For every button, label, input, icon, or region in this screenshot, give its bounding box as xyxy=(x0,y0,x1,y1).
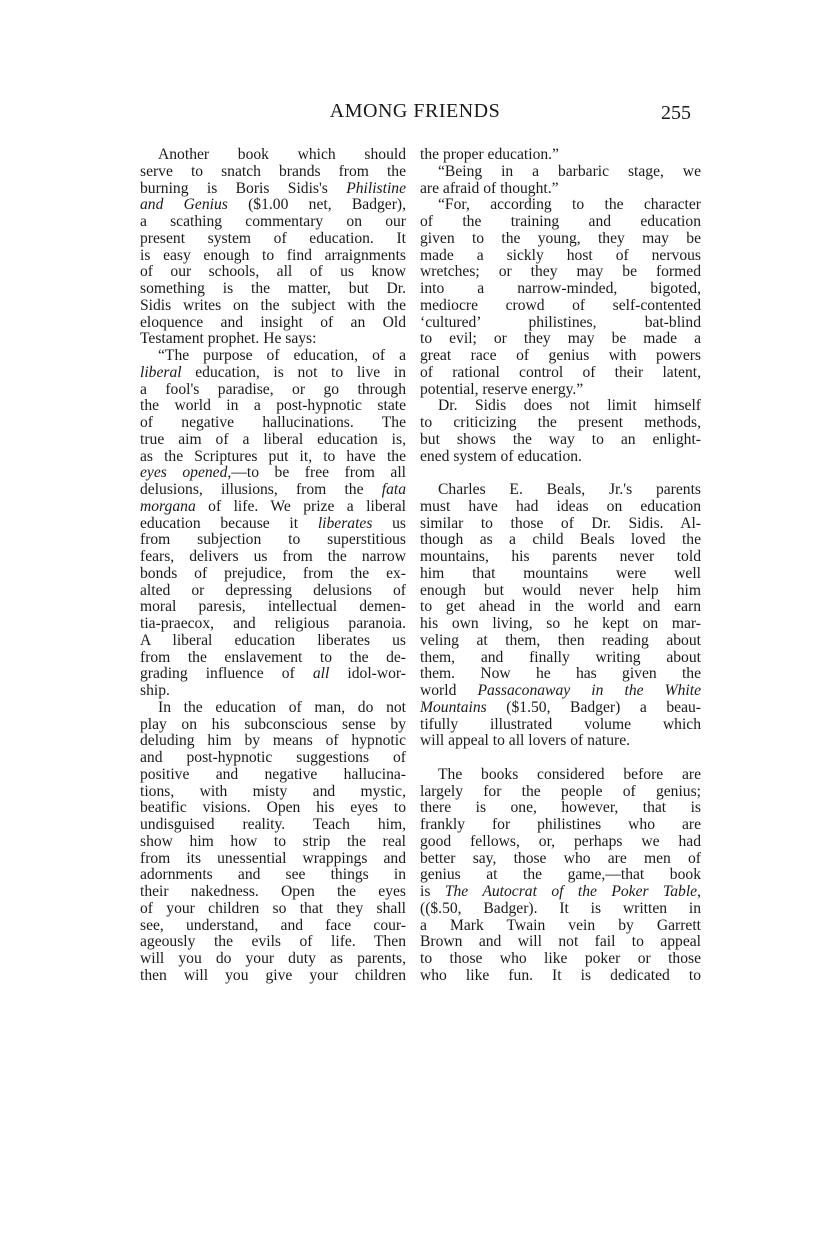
text-line: of rational control of their latent, xyxy=(420,365,701,382)
text-line: his own living, so he kept on mar- xyxy=(420,616,701,633)
text-run: to evil; or they may be made a xyxy=(420,330,701,347)
text-line: veling at them, then reading about xyxy=(420,633,701,650)
text-run: must have had ideas on education xyxy=(420,498,701,515)
page-number: 255 xyxy=(661,102,691,125)
text-line: from subjection to superstitious xyxy=(140,532,406,549)
text-line: ‘cultured’ philistines, bat-blind xyxy=(420,315,701,332)
text-line: “For, according to the character xyxy=(420,197,701,214)
text-run: them. Now he has given the xyxy=(420,665,701,682)
text-line: positive and negative hallucina- xyxy=(140,767,406,784)
text-run: world xyxy=(420,682,477,699)
text-run: a scathing commentary on our xyxy=(140,213,406,230)
text-line: “Being in a barbaric stage, we xyxy=(420,164,701,181)
text-line: good fellows, or, perhaps we had xyxy=(420,834,701,851)
text-line: delusions, illusions, from the fata xyxy=(140,482,406,499)
text-line: must have had ideas on education xyxy=(420,499,701,516)
text-line: who like fun. It is dedicated to xyxy=(420,968,701,985)
page-header: AMONG FRIENDS 255 xyxy=(0,100,830,132)
text-run: “For, according to the character xyxy=(438,196,701,213)
text-run: better say, those who are men of xyxy=(420,850,701,867)
text-run: grading influence of xyxy=(140,665,313,682)
text-run: potential, reserve energy.” xyxy=(420,381,583,398)
text-run: the world in a post-hypnotic state xyxy=(140,397,406,414)
text-run: “Being in a barbaric stage, we xyxy=(438,163,701,180)
paragraph-gap xyxy=(420,750,701,767)
text-run: great race of genius with powers xyxy=(420,347,701,364)
text-line: true aim of a liberal education is, xyxy=(140,432,406,449)
text-line: are afraid of thought.” xyxy=(420,181,701,198)
text-line: them. Now he has given the xyxy=(420,666,701,683)
text-run: to those who like poker or those xyxy=(420,950,701,967)
text-run: is xyxy=(420,883,445,900)
text-line: a scathing commentary on our xyxy=(140,214,406,231)
text-run: Sidis writes on the subject with the xyxy=(140,297,406,314)
text-line: them, and finally writing about xyxy=(420,650,701,667)
text-run: burning is Boris Sidis's xyxy=(140,180,346,197)
text-line: made a sickly host of nervous xyxy=(420,248,701,265)
text-run: bonds of prejudice, from the ex- xyxy=(140,565,406,582)
text-line: Another book which should xyxy=(140,147,406,164)
italic-title: and Genius xyxy=(140,196,228,213)
text-line: and Genius ($1.00 net, Badger), xyxy=(140,197,406,214)
text-run: is easy enough to find arraignments xyxy=(140,247,406,264)
text-line: something is the matter, but Dr. xyxy=(140,281,406,298)
text-run: undisguised reality. Teach him, xyxy=(140,816,406,833)
text-line: of the training and education xyxy=(420,214,701,231)
text-run: will you do your duty as parents, xyxy=(140,950,406,967)
text-line: In the education of man, do not xyxy=(140,700,406,717)
text-run: A liberal education liberates us xyxy=(140,632,406,649)
text-line: a Mark Twain vein by Garrett xyxy=(420,918,701,935)
italic-title: Mountains xyxy=(420,699,487,716)
text-line: better say, those who are men of xyxy=(420,851,701,868)
text-line: the proper education.” xyxy=(420,147,701,164)
text-run: Testament prophet. He says: xyxy=(140,330,316,347)
text-run: good fellows, or, perhaps we had xyxy=(420,833,701,850)
text-run: beatific visions. Open his eyes to xyxy=(140,799,406,816)
text-run: education, is not to live in xyxy=(182,364,406,381)
text-run: positive and negative hallucina- xyxy=(140,766,406,783)
text-run: made a sickly host of nervous xyxy=(420,247,701,264)
running-head: AMONG FRIENDS xyxy=(0,100,830,123)
text-run: of our schools, all of us know xyxy=(140,263,406,280)
text-line: Charles E. Beals, Jr.'s parents xyxy=(420,482,701,499)
text-run: true aim of a liberal education is, xyxy=(140,431,406,448)
text-line: though as a child Beals loved the xyxy=(420,532,701,549)
text-line: is easy enough to find arraignments xyxy=(140,248,406,265)
text-run: In the education of man, do not xyxy=(158,699,406,716)
text-line: The books considered before are xyxy=(420,767,701,784)
text-run: the proper education.” xyxy=(420,146,559,163)
text-line: Testament prophet. He says: xyxy=(140,331,406,348)
right-column: the proper education.”“Being in a barbar… xyxy=(420,147,701,985)
text-run: us xyxy=(372,515,406,532)
text-run: as the Scriptures put it, to have the xyxy=(140,448,406,465)
text-run: but shows the way to an enlight- xyxy=(420,431,701,448)
text-line: ageously the evils of life. Then xyxy=(140,934,406,951)
text-line: to evil; or they may be made a xyxy=(420,331,701,348)
text-line: A liberal education liberates us xyxy=(140,633,406,650)
text-run: The books considered before are xyxy=(438,766,701,783)
text-run: present system of education. It xyxy=(140,230,406,247)
italic-title: The Autocrat of the Poker Table xyxy=(445,883,697,900)
text-line: fears, delivers us from the narrow xyxy=(140,549,406,566)
text-line: great race of genius with powers xyxy=(420,348,701,365)
text-line: from the enslavement to the de- xyxy=(140,650,406,667)
text-run: similar to those of Dr. Sidis. Al- xyxy=(420,515,701,532)
text-line: Brown and will not fail to appeal xyxy=(420,934,701,951)
text-run: “The purpose of education, of a xyxy=(158,347,406,364)
text-run: and post-hypnotic suggestions of xyxy=(140,749,406,766)
text-run: Charles E. Beals, Jr.'s parents xyxy=(438,481,701,498)
text-line: of your children so that they shall xyxy=(140,901,406,918)
text-line: to those who like poker or those xyxy=(420,951,701,968)
text-line: largely for the people of genius; xyxy=(420,784,701,801)
text-line: wretches; or they may be formed xyxy=(420,264,701,281)
text-run: adornments and see things in xyxy=(140,866,406,883)
text-run: deluding him by means of hypnotic xyxy=(140,732,406,749)
text-line: eloquence and insight of an Old xyxy=(140,315,406,332)
text-run: ship. xyxy=(140,682,170,699)
italic-title: liberal xyxy=(140,364,182,381)
text-line: a fool's paradise, or go through xyxy=(140,382,406,399)
text-line: morgana of life. We prize a liberal xyxy=(140,499,406,516)
text-line: (($.50, Badger). It is written in xyxy=(420,901,701,918)
text-run: Another book which should xyxy=(158,146,406,163)
text-line: Dr. Sidis does not limit himself xyxy=(420,398,701,415)
text-line: enough but would never help him xyxy=(420,583,701,600)
text-run: delusions, illusions, from the xyxy=(140,481,382,498)
text-run: Brown and will not fail to appeal xyxy=(420,933,701,950)
text-run: him that mountains were well xyxy=(420,565,701,582)
text-line: education because it liberates us xyxy=(140,516,406,533)
text-run: mountains, his parents never told xyxy=(420,548,701,565)
text-run: there is one, however, that is xyxy=(420,799,701,816)
text-run: of rational control of their latent, xyxy=(420,364,701,381)
text-run: ageously the evils of life. Then xyxy=(140,933,406,950)
italic-title: Passaconaway in the White xyxy=(477,682,701,699)
text-run: something is the matter, but Dr. xyxy=(140,280,406,297)
text-run: given to the young, they may be xyxy=(420,230,701,247)
text-line: adornments and see things in xyxy=(140,867,406,884)
text-line: of our schools, all of us know xyxy=(140,264,406,281)
text-run: alted or depressing delusions of xyxy=(140,582,406,599)
text-run: from the enslavement to the de- xyxy=(140,649,406,666)
text-run: play on his subconscious sense by xyxy=(140,716,406,733)
text-run: education because it xyxy=(140,515,318,532)
text-run: a Mark Twain vein by Garrett xyxy=(420,917,701,934)
italic-title: fata xyxy=(382,481,406,498)
text-run: to criticizing the present methods, xyxy=(420,414,701,431)
text-line: eyes opened,—to be free from all xyxy=(140,465,406,482)
text-run: tia-praecox, and religious paranoia. xyxy=(140,615,406,632)
text-run: of life. We prize a liberal xyxy=(196,498,406,515)
text-run: Dr. Sidis does not limit himself xyxy=(438,397,701,414)
text-line: genius at the game,—that book xyxy=(420,867,701,884)
text-run: idol-wor- xyxy=(329,665,406,682)
text-line: Sidis writes on the subject with the xyxy=(140,298,406,315)
text-line: their nakedness. Open the eyes xyxy=(140,884,406,901)
text-run: veling at them, then reading about xyxy=(420,632,701,649)
text-line: but shows the way to an enlight- xyxy=(420,432,701,449)
text-run: tifully illustrated volume which xyxy=(420,716,701,733)
text-line: present system of education. It xyxy=(140,231,406,248)
text-line: to criticizing the present methods, xyxy=(420,415,701,432)
text-run: will appeal to all lovers of nature. xyxy=(420,732,630,749)
text-run: enough but would never help him xyxy=(420,582,701,599)
text-line: ship. xyxy=(140,683,406,700)
text-line: to get ahead in the world and earn xyxy=(420,599,701,616)
text-line: tions, with misty and mystic, xyxy=(140,784,406,801)
text-line: and post-hypnotic suggestions of xyxy=(140,750,406,767)
text-line: liberal education, is not to live in xyxy=(140,365,406,382)
text-run: their nakedness. Open the eyes xyxy=(140,883,406,900)
text-run: mediocre crowd of self-contented xyxy=(420,297,701,314)
italic-title: eyes opened xyxy=(140,464,227,481)
text-line: tifully illustrated volume which xyxy=(420,717,701,734)
text-run: them, and finally writing about xyxy=(420,649,701,666)
text-line: see, understand, and face cour- xyxy=(140,918,406,935)
text-line: burning is Boris Sidis's Philistine xyxy=(140,181,406,198)
text-run: eloquence and insight of an Old xyxy=(140,314,406,331)
text-line: play on his subconscious sense by xyxy=(140,717,406,734)
text-line: from its unessential wrappings and xyxy=(140,851,406,868)
text-line: world Passaconaway in the White xyxy=(420,683,701,700)
italic-title: liberates xyxy=(318,515,373,532)
text-run: ‘cultured’ philistines, bat-blind xyxy=(420,314,701,331)
text-run: largely for the people of genius; xyxy=(420,783,701,800)
text-run: moral paresis, intellectual demen- xyxy=(140,598,406,615)
text-run: , xyxy=(697,883,701,900)
text-line: undisguised reality. Teach him, xyxy=(140,817,406,834)
text-line: Mountains ($1.50, Badger) a beau- xyxy=(420,700,701,717)
text-line: “The purpose of education, of a xyxy=(140,348,406,365)
text-run: though as a child Beals loved the xyxy=(420,531,701,548)
text-line: frankly for philistines who are xyxy=(420,817,701,834)
text-line: ened system of education. xyxy=(420,449,701,466)
text-line: deluding him by means of hypnotic xyxy=(140,733,406,750)
text-line: potential, reserve energy.” xyxy=(420,382,701,399)
text-run: genius at the game,—that book xyxy=(420,866,701,883)
text-line: tia-praecox, and religious paranoia. xyxy=(140,616,406,633)
text-line: is The Autocrat of the Poker Table, xyxy=(420,884,701,901)
text-run: from its unessential wrappings and xyxy=(140,850,406,867)
text-line: grading influence of all idol-wor- xyxy=(140,666,406,683)
text-run: a fool's paradise, or go through xyxy=(140,381,406,398)
text-line: serve to snatch brands from the xyxy=(140,164,406,181)
text-line: then will you give your children xyxy=(140,968,406,985)
left-column: Another book which shouldserve to snatch… xyxy=(140,147,406,985)
text-run: show him how to strip the real xyxy=(140,833,406,850)
text-line: into a narrow-minded, bigoted, xyxy=(420,281,701,298)
text-run: his own living, so he kept on mar- xyxy=(420,615,701,632)
text-run: of negative hallucinations. The xyxy=(140,414,406,431)
text-run: of your children so that they shall xyxy=(140,900,406,917)
text-line: of negative hallucinations. The xyxy=(140,415,406,432)
italic-title: all xyxy=(313,665,329,682)
text-line: mountains, his parents never told xyxy=(420,549,701,566)
text-line: will you do your duty as parents, xyxy=(140,951,406,968)
text-line: him that mountains were well xyxy=(420,566,701,583)
text-line: will appeal to all lovers of nature. xyxy=(420,733,701,750)
text-run: serve to snatch brands from the xyxy=(140,163,406,180)
text-run: frankly for philistines who are xyxy=(420,816,701,833)
text-line: the world in a post-hypnotic state xyxy=(140,398,406,415)
text-run: to get ahead in the world and earn xyxy=(420,598,701,615)
text-line: alted or depressing delusions of xyxy=(140,583,406,600)
text-run: ($1.00 net, Badger), xyxy=(228,196,406,213)
text-line: moral paresis, intellectual demen- xyxy=(140,599,406,616)
text-run: see, understand, and face cour- xyxy=(140,917,406,934)
text-line: beatific visions. Open his eyes to xyxy=(140,800,406,817)
text-run: from subjection to superstitious xyxy=(140,531,406,548)
italic-title: Philistine xyxy=(346,180,406,197)
text-run: are afraid of thought.” xyxy=(420,180,559,197)
text-run: (($.50, Badger). It is written in xyxy=(420,900,701,917)
text-line: mediocre crowd of self-contented xyxy=(420,298,701,315)
text-run: tions, with misty and mystic, xyxy=(140,783,406,800)
text-line: similar to those of Dr. Sidis. Al- xyxy=(420,516,701,533)
text-run: who like fun. It is dedicated to xyxy=(420,967,701,984)
text-run: into a narrow-minded, bigoted, xyxy=(420,280,701,297)
text-line: given to the young, they may be xyxy=(420,231,701,248)
italic-title: morgana xyxy=(140,498,196,515)
text-run: ($1.50, Badger) a beau- xyxy=(487,699,701,716)
paragraph-gap xyxy=(420,465,701,482)
text-run: wretches; or they may be formed xyxy=(420,263,701,280)
text-run: ,—to be free from all xyxy=(227,464,406,481)
text-run: then will you give your children xyxy=(140,967,406,984)
text-line: as the Scriptures put it, to have the xyxy=(140,449,406,466)
text-line: there is one, however, that is xyxy=(420,800,701,817)
text-line: bonds of prejudice, from the ex- xyxy=(140,566,406,583)
text-run: of the training and education xyxy=(420,213,701,230)
text-line: show him how to strip the real xyxy=(140,834,406,851)
text-run: ened system of education. xyxy=(420,448,582,465)
text-run: fears, delivers us from the narrow xyxy=(140,548,406,565)
